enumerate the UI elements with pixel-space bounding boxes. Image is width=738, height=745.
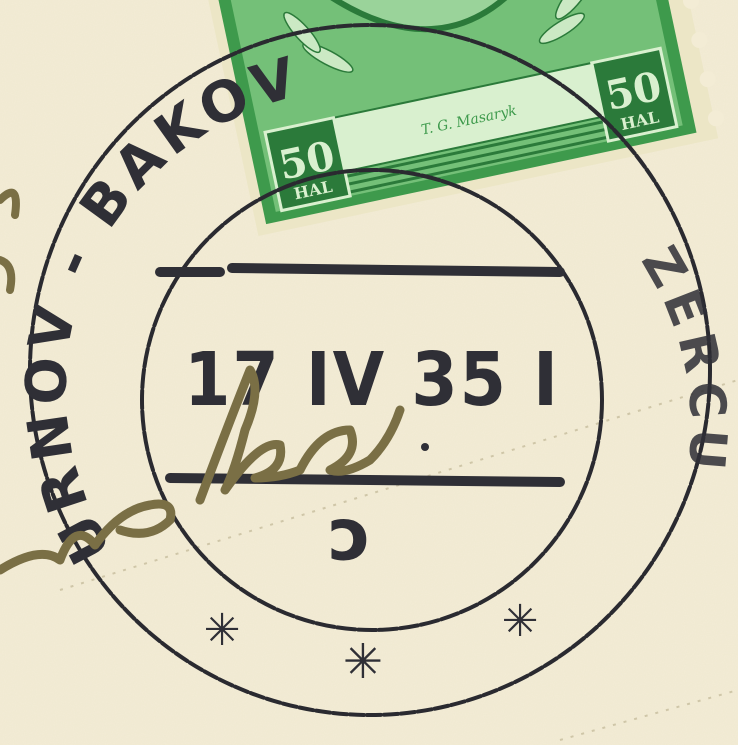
ornament-asterisk-left: ✳ [204, 605, 241, 656]
postmark-code-letter: c [327, 503, 370, 587]
ornament-asterisk-center: ✳ [343, 634, 383, 690]
ornament-asterisk-right: ✳ [502, 596, 539, 647]
postmark-date: 17 IV 35 I [184, 337, 560, 423]
postcard-scene: T. G. Masaryk 50 HAL 50 HAL URNOV - BAKO… [0, 0, 738, 745]
date-dot [421, 443, 429, 451]
denomination-box-right: 50 HAL [592, 48, 677, 141]
denomination-box-left: 50 HAL [265, 118, 350, 211]
